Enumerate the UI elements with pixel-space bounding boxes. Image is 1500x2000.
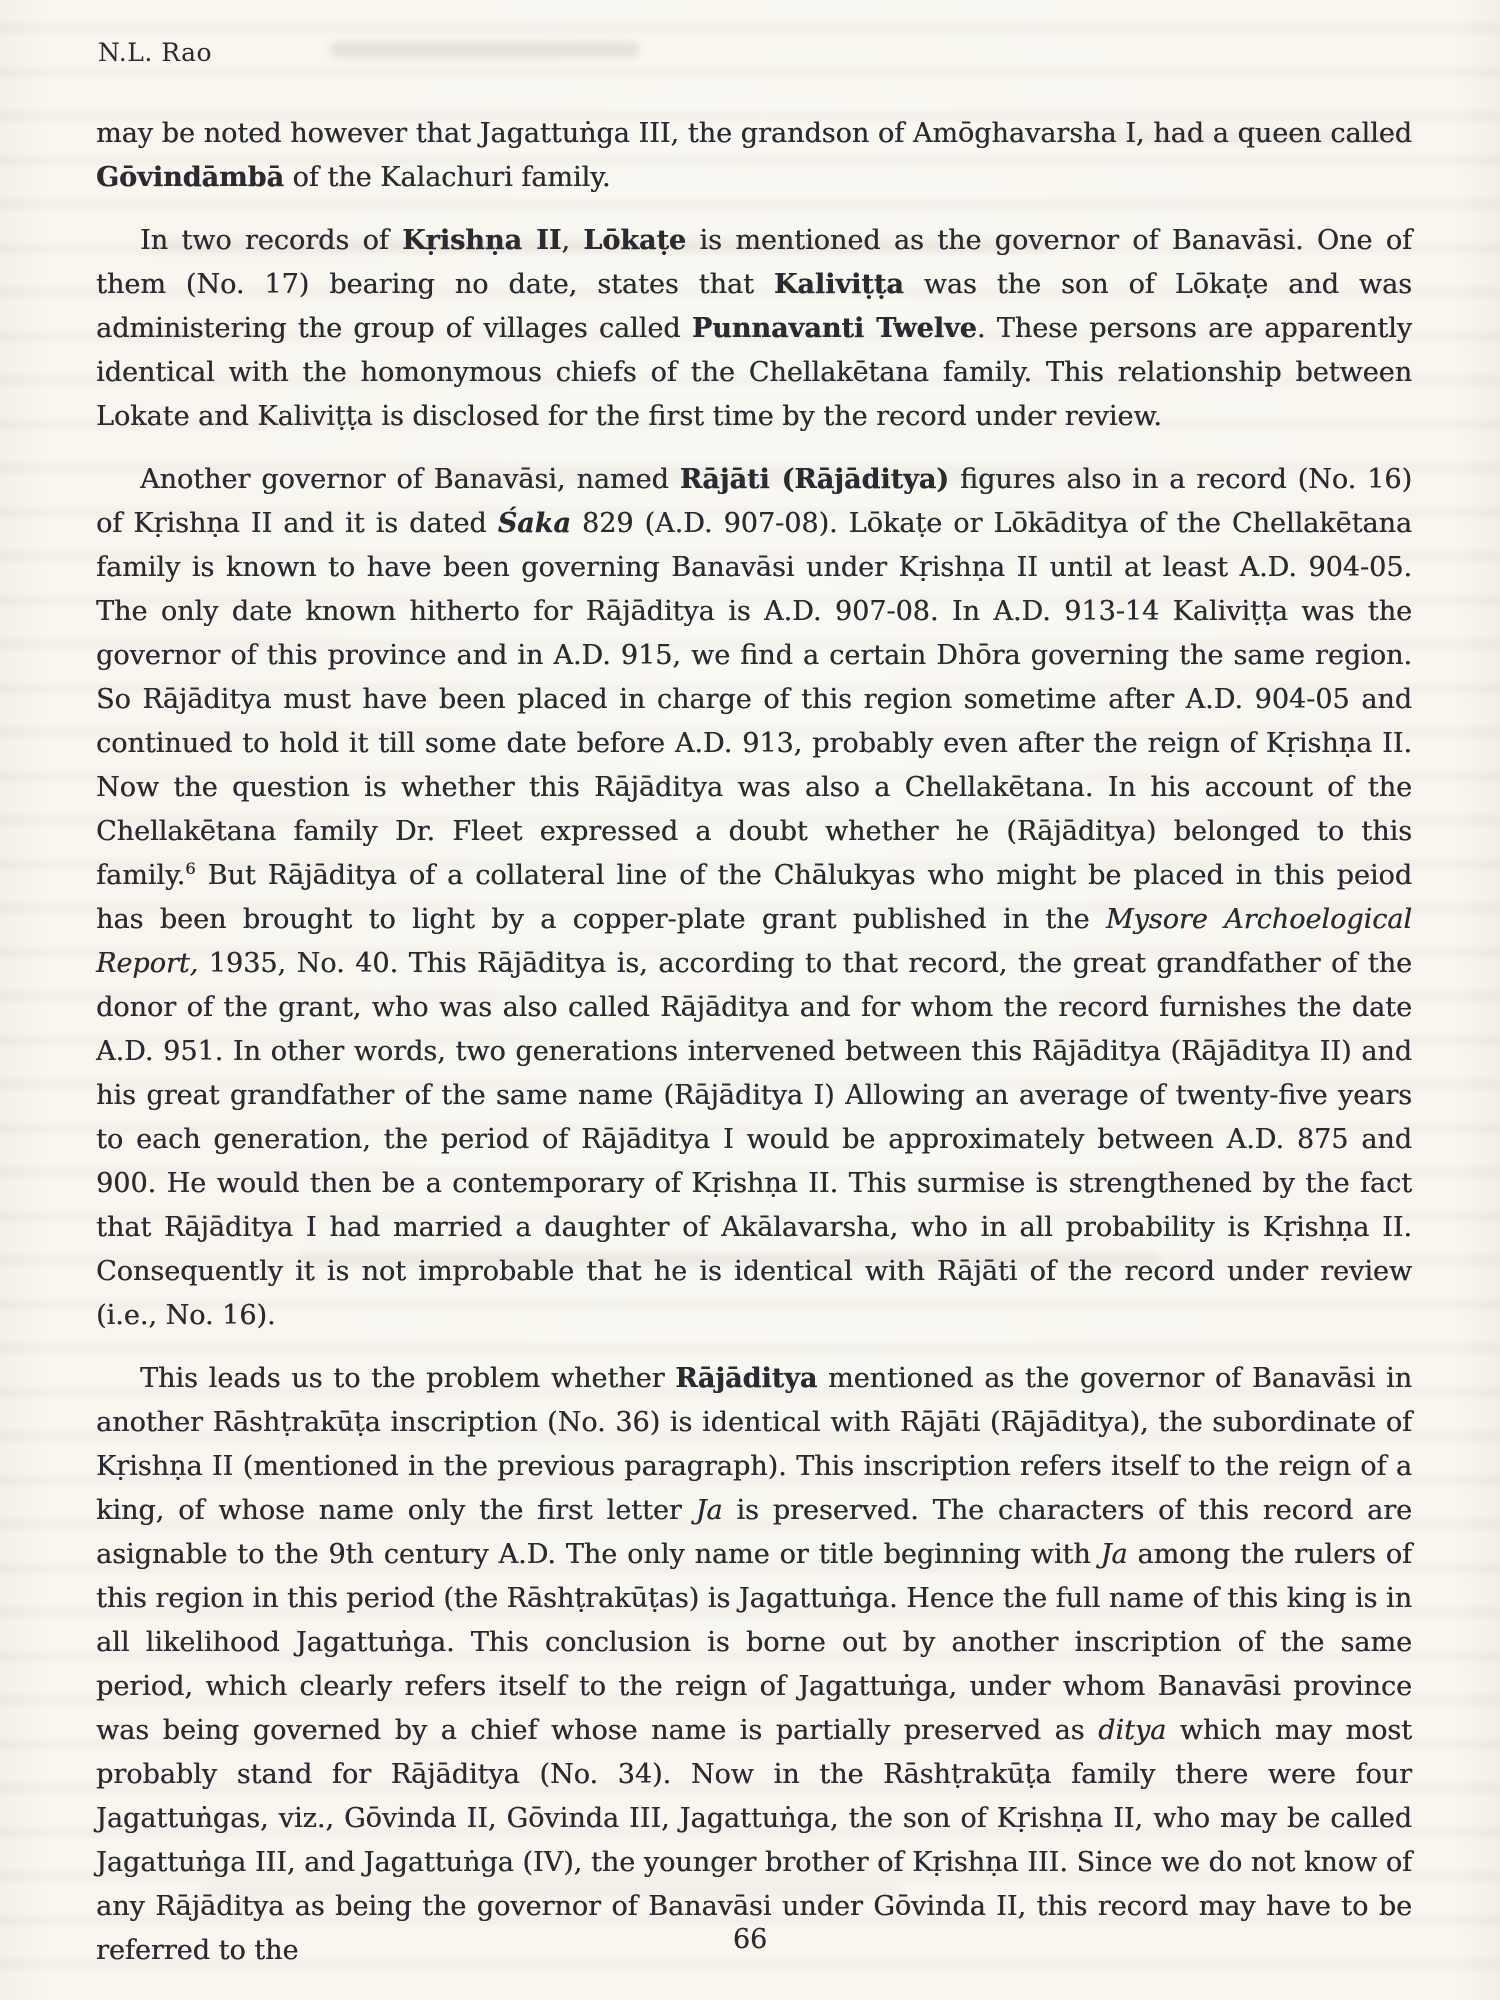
text-run: Ja: [696, 1495, 723, 1526]
text-run: Another governor of Banavāsi, named: [140, 464, 680, 495]
text-run: Śaka: [498, 508, 571, 539]
text-run: ditya: [1098, 1715, 1166, 1746]
paragraph: In two records of Kṛishṇa II, Lōkaṭe is …: [96, 219, 1412, 439]
text-run: Lōkaṭe: [583, 225, 686, 256]
text-run: 6: [185, 859, 195, 878]
text-run: Ja: [1101, 1539, 1128, 1570]
text-run: of the Kalachuri family.: [284, 162, 610, 193]
text-run: Kṛishṇa II: [402, 225, 561, 256]
text-block: may be noted however that Jagattuṅga III…: [96, 112, 1412, 1992]
text-run: Kaliviṭṭa: [774, 269, 904, 300]
running-head-author: N.L. Rao: [98, 38, 212, 67]
text-run: Rājāditya: [675, 1363, 817, 1394]
paragraph: This leads us to the problem whether Rāj…: [96, 1357, 1412, 1973]
text-run: This leads us to the problem whether: [140, 1363, 675, 1394]
text-run: 1935, No. 40. This Rājāditya is, accordi…: [96, 948, 1412, 1331]
page-number: 66: [0, 1924, 1500, 1955]
text-run: Gōvindāmbā: [96, 162, 284, 193]
paragraph: may be noted however that Jagattuṅga III…: [96, 112, 1412, 200]
scanned-page: N.L. Rao may be noted however that Jagat…: [0, 0, 1500, 2000]
text-run: ,: [561, 225, 583, 256]
paragraph: Another governor of Banavāsi, named Rājā…: [96, 458, 1412, 1338]
text-run: may be noted however that Jagattuṅga III…: [96, 118, 1412, 149]
text-run: 829 (A.D. 907-08). Lōkaṭe or Lōkāditya o…: [96, 508, 1412, 891]
bleed-through-smudge: [330, 42, 640, 58]
text-run: Rājāti (Rājāditya): [680, 464, 949, 495]
text-run: Punnavanti Twelve: [692, 313, 977, 344]
text-run: In two records of: [140, 225, 402, 256]
